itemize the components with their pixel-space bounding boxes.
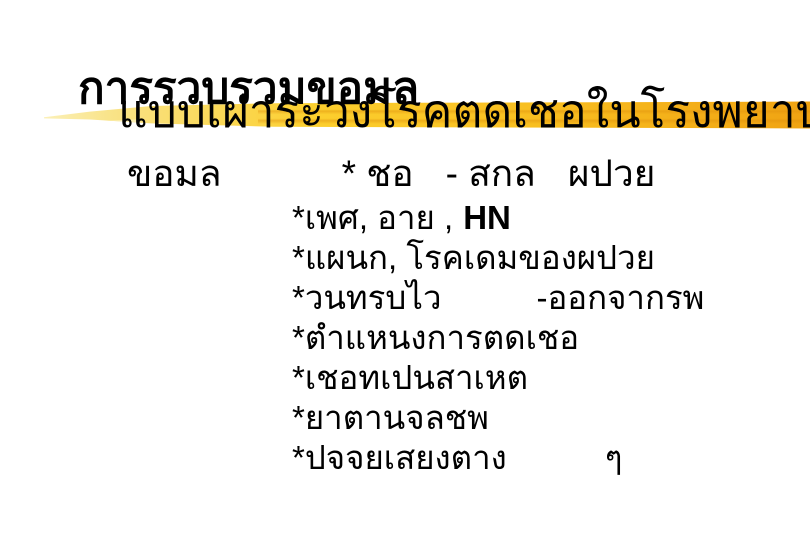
field-patient: ผปวย bbox=[568, 153, 656, 194]
bullet-list: *เพศ, อาย ,HN *แผนก, โรคเดมของผปวย *วนทร… bbox=[292, 198, 704, 478]
bullet-text: *ยาตานจลชพ bbox=[292, 399, 489, 436]
bullet-text: *เชอทเปนสาเหต bbox=[292, 359, 528, 396]
data-fields-line: ขอมล* ชอ- สกลผปวย bbox=[127, 150, 655, 198]
bullet-text: *เพศ, อาย , bbox=[292, 199, 453, 236]
bullet-item: *ตำแหนงการตดเชอ bbox=[292, 318, 704, 358]
bullet-item: *ปจจยเสยงตางๆ bbox=[292, 438, 704, 478]
bullet-item: *ยาตานจลชพ bbox=[292, 398, 704, 438]
bullet-text: ๆ bbox=[605, 439, 623, 476]
bullet-item: *เพศ, อาย ,HN bbox=[292, 198, 704, 238]
bullet-item: *เชอทเปนสาเหต bbox=[292, 358, 704, 398]
bullet-text: -ออกจากรพ bbox=[536, 279, 704, 316]
slide-title: การรวบรวมขอมล bbox=[78, 63, 419, 115]
bullet-item: *แผนก, โรคเดมของผปวย bbox=[292, 238, 704, 278]
bullet-text: *ตำแหนงการตดเชอ bbox=[292, 319, 579, 356]
bullet-text: *ปจจยเสยงตาง bbox=[292, 439, 507, 476]
bullet-text: *วนทรบไว bbox=[292, 279, 441, 316]
bullet-item: *วนทรบไว-ออกจากรพ bbox=[292, 278, 704, 318]
data-label: ขอมล bbox=[127, 153, 222, 194]
presentation-slide: การรวบรวมขอมล แบบเฝาระวงโรคตดเชอในโรงพยา… bbox=[0, 0, 810, 540]
bullet-text: *แผนก, โรคเดมของผปวย bbox=[292, 239, 655, 276]
bullet-text-bold: HN bbox=[463, 199, 511, 236]
field-surname: - สกล bbox=[446, 153, 536, 194]
field-name: * ชอ bbox=[342, 153, 414, 194]
